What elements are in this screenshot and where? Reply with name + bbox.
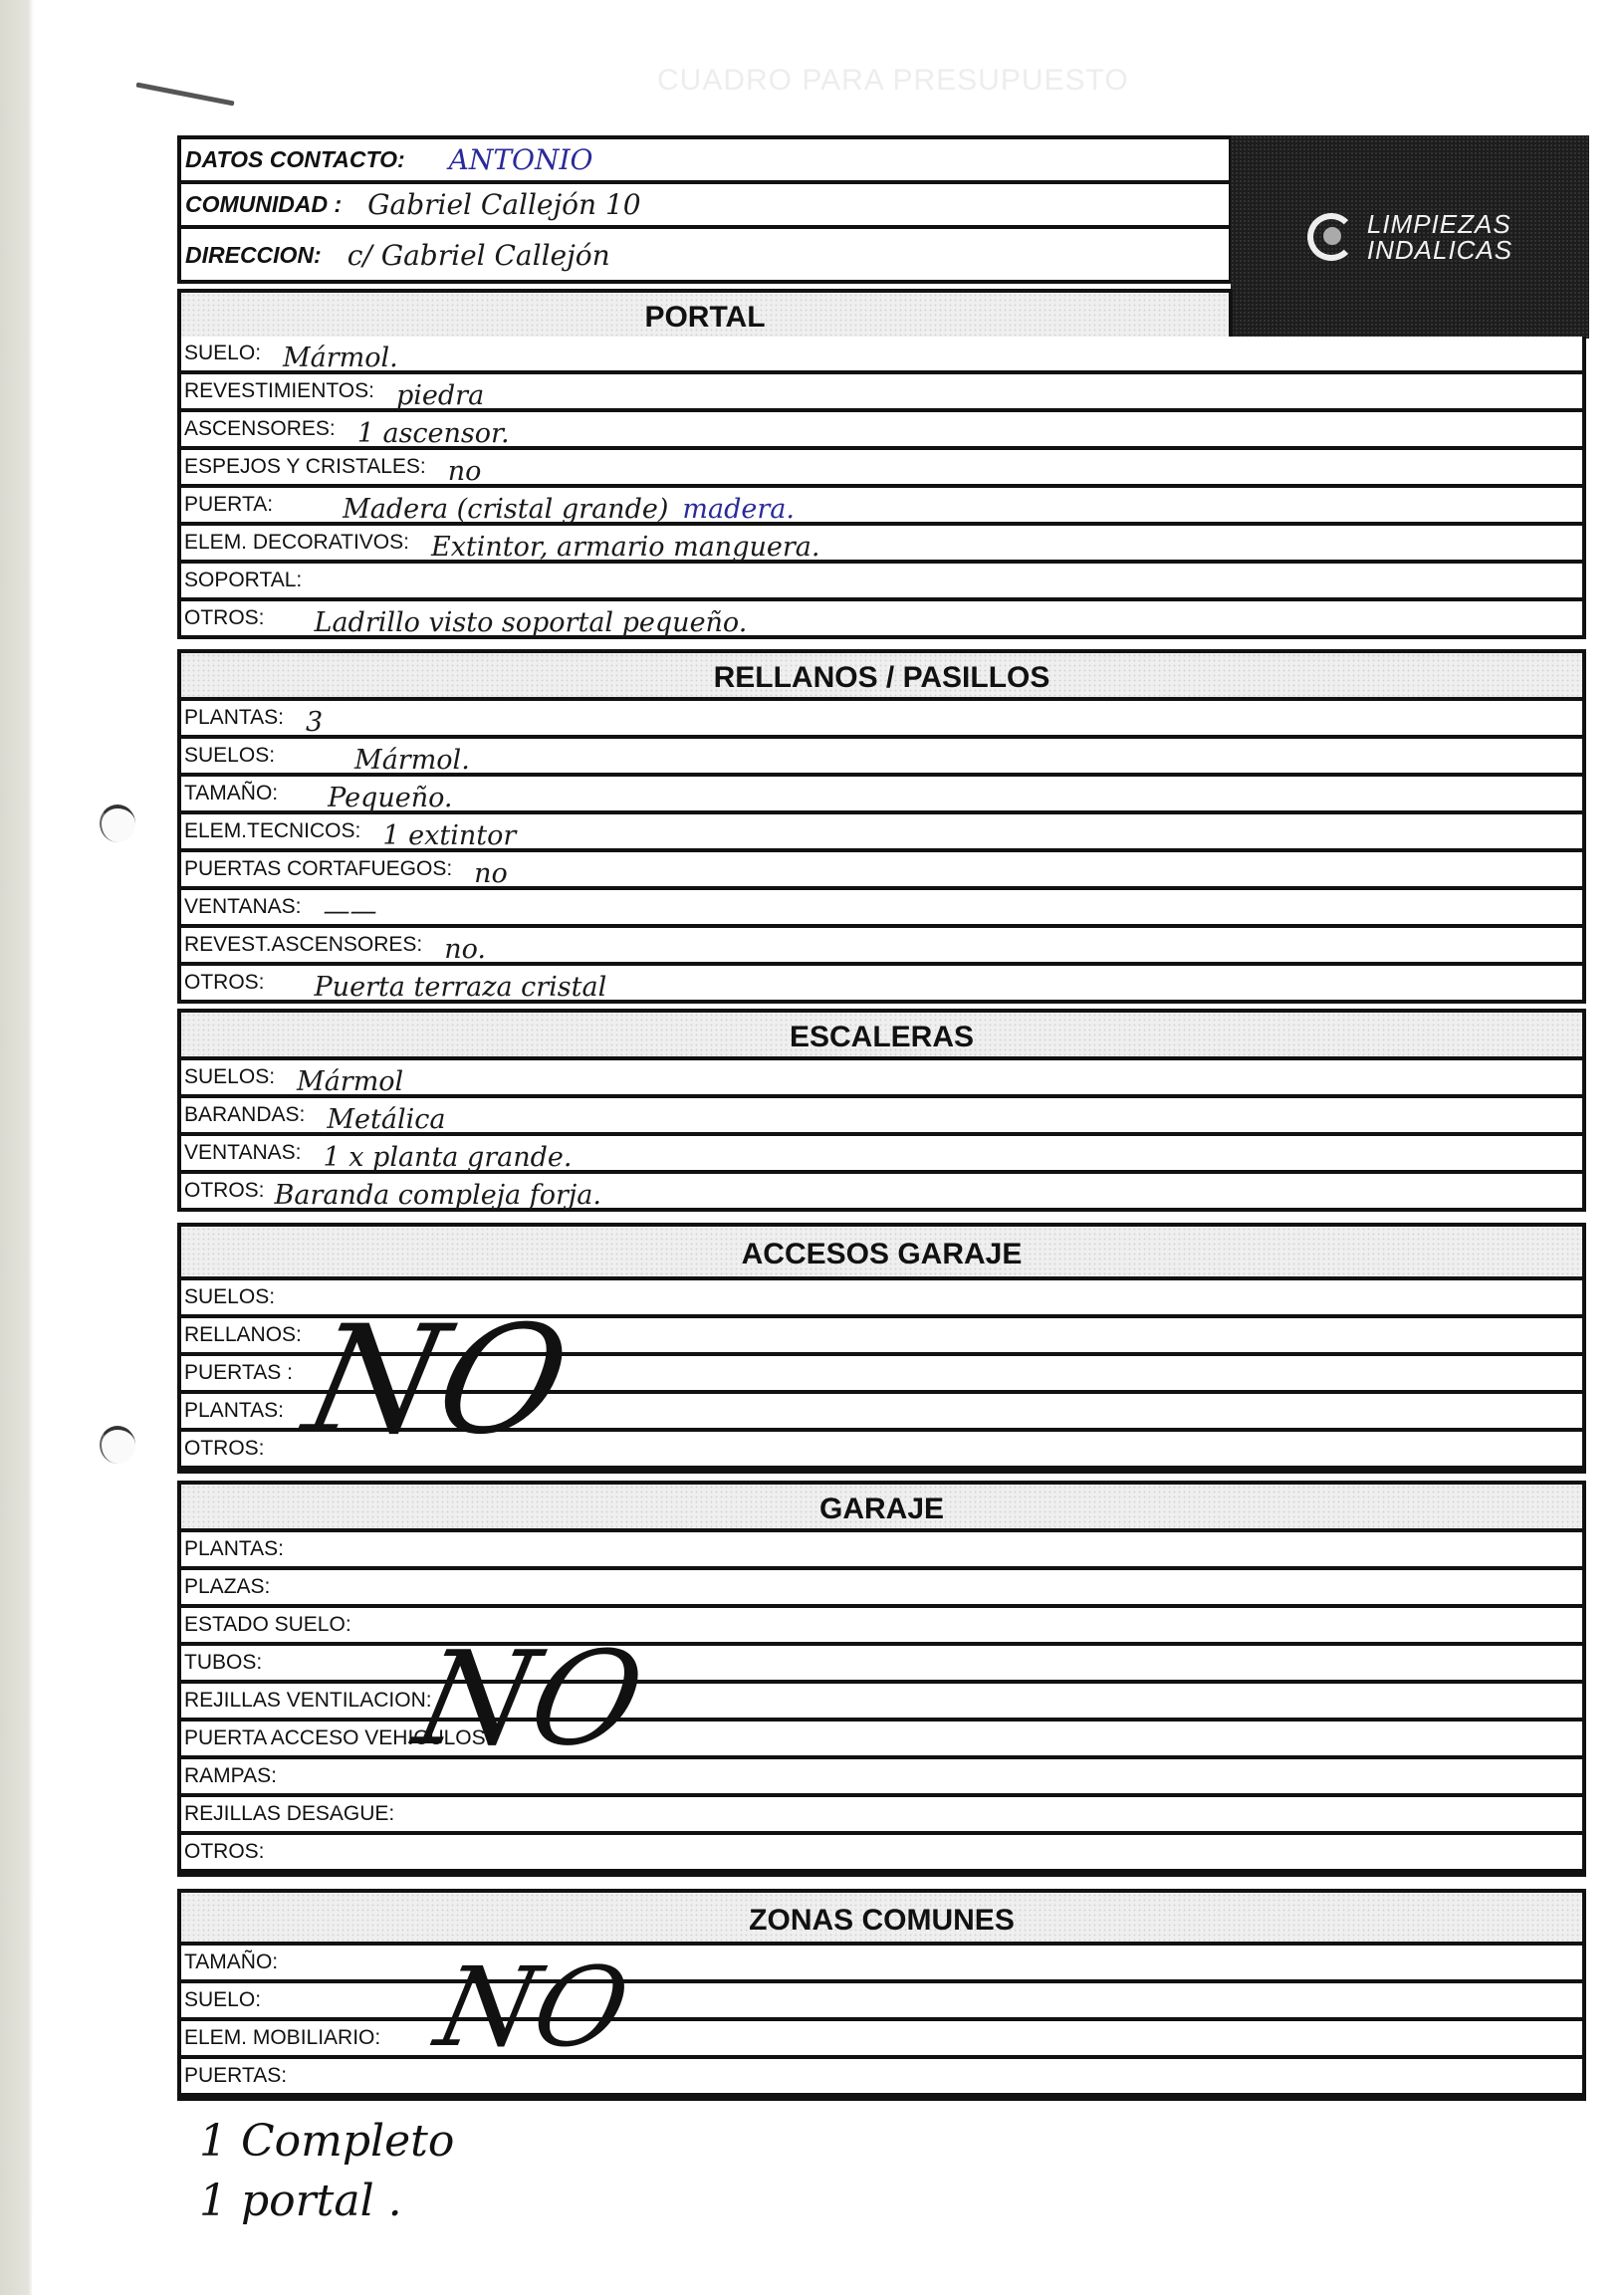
section-title-portal: PORTAL (181, 293, 1229, 341)
row-value[interactable]: Puerta terraza cristal (315, 972, 607, 1003)
row-value[interactable]: no. (444, 934, 486, 965)
row-label: PLANTAS: (184, 1537, 284, 1561)
section-garaje: GARAJE PLANTAS: PLAZAS: ESTADO SUELO: TU… (177, 1481, 1586, 1877)
row-label: TAMAÑO: (184, 1951, 278, 1974)
header-row-community: COMUNIDAD : Gabriel Callejón 10 (181, 184, 1229, 229)
section-portal-rows: SUELO:Mármol. REVESTIMIENTOS:piedra ASCE… (177, 337, 1586, 639)
row-label: OTROS: (184, 606, 265, 630)
row-label: RAMPAS: (184, 1764, 277, 1788)
section-title-zonas-comunes: ZONAS COMUNES (181, 1893, 1582, 1946)
row-label: PLANTAS: (184, 706, 284, 730)
logo-line-1: LIMPIEZAS (1367, 211, 1512, 237)
row-otros: OTROS: (181, 1835, 1582, 1873)
row-tamano: TAMAÑO:Pequeño. (181, 777, 1582, 814)
row-label: SOPORTAL: (184, 569, 302, 592)
show-through-title: CUADRO PARA PRESUPUESTO (657, 64, 1129, 98)
row-suelo: SUELO: (181, 1983, 1582, 2021)
row-label: SUELO: (184, 342, 261, 365)
row-value[interactable]: Mármol. (354, 745, 470, 776)
row-value[interactable]: 1 x planta grande. (323, 1142, 572, 1173)
community-label: COMUNIDAD : (185, 191, 342, 218)
handwritten-no-mark: NO (295, 1306, 580, 1456)
contact-label: DATOS CONTACTO: (185, 146, 405, 173)
section-zonas-comunes: ZONAS COMUNES TAMAÑO: SUELO: ELEM. MOBIL… (177, 1889, 1586, 2101)
row-label: PUERTAS: (184, 2064, 287, 2088)
row-value[interactable]: —— (323, 896, 376, 927)
row-revestimientos: REVESTIMIENTOS:piedra (181, 374, 1582, 412)
handwritten-no-mark: NO (406, 1634, 653, 1763)
row-label: OTROS: (184, 971, 265, 995)
row-label: PUERTAS : (184, 1361, 293, 1385)
section-title-escaleras: ESCALERAS (181, 1013, 1582, 1060)
row-estado-suelo: ESTADO SUELO: (181, 1608, 1582, 1646)
row-rampas: RAMPAS: (181, 1759, 1582, 1797)
row-label: PLANTAS: (184, 1399, 284, 1423)
header-row-address: DIRECCION: c/ Gabriel Callejón (181, 229, 1229, 281)
company-logo: LIMPIEZAS INDALICAS (1231, 135, 1589, 339)
row-puertas: PUERTAS: (181, 2059, 1582, 2097)
row-label: SUELOS: (184, 744, 275, 768)
row-value[interactable]: 1 ascensor. (357, 418, 510, 449)
row-value[interactable]: Mármol (297, 1066, 403, 1097)
row-value[interactable]: 1 extintor (382, 820, 516, 851)
row-value[interactable]: Mármol. (283, 343, 398, 373)
row-barandas: BARANDAS:Metálica (181, 1098, 1582, 1136)
row-otros: OTROS:Ladrillo visto soportal pequeño. (181, 601, 1582, 635)
row-label: REJILLAS DESAGUE: (184, 1802, 394, 1826)
address-value[interactable]: c/ Gabriel Callejón (348, 239, 610, 272)
row-label: SUELOS: (184, 1065, 275, 1089)
row-soportal: SOPORTAL: (181, 564, 1582, 601)
row-ascensores: ASCENSORES:1 ascensor. (181, 412, 1582, 450)
row-label: ELEM. MOBILIARIO: (184, 2026, 380, 2050)
row-label: REVEST.ASCENSORES: (184, 933, 422, 957)
footer-note-1: 1 Completo (199, 2116, 454, 2167)
row-label: ELEM. DECORATIVOS: (184, 531, 409, 555)
footer-note-2: 1 portal . (199, 2176, 402, 2226)
row-label: PUERTAS CORTAFUEGOS: (184, 857, 452, 881)
logo-line-2: INDALICAS (1367, 237, 1512, 263)
row-value[interactable]: Metálica (327, 1104, 445, 1135)
row-label: PLAZAS: (184, 1575, 270, 1599)
row-mobiliario: ELEM. MOBILIARIO: (181, 2021, 1582, 2059)
section-accesos-garaje: ACCESOS GARAJE SUELOS: RELLANOS: PUERTAS… (177, 1223, 1586, 1474)
row-suelos: SUELOS:Mármol (181, 1060, 1582, 1098)
row-revest-ascensores: REVEST.ASCENSORES:no. (181, 928, 1582, 966)
row-puerta: PUERTA:Madera (cristal grande)madera. (181, 488, 1582, 526)
row-value[interactable]: Extintor, armario manguera. (431, 532, 819, 563)
row-label: VENTANAS: (184, 1141, 301, 1165)
section-escaleras: ESCALERAS SUELOS:Mármol BARANDAS:Metálic… (177, 1009, 1586, 1212)
hole-punch-top (100, 804, 135, 842)
address-label: DIRECCION: (185, 242, 322, 269)
row-rejillas-ventilacion: REJILLAS VENTILACION: (181, 1684, 1582, 1721)
row-value[interactable]: Baranda compleja forja. (275, 1180, 601, 1211)
row-label: OTROS: (184, 1179, 265, 1203)
row-elem-tecnicos: ELEM.TECNICOS:1 extintor (181, 814, 1582, 852)
row-value[interactable]: Madera (cristal grande) (343, 494, 668, 525)
row-value-blue[interactable]: madera. (682, 494, 795, 525)
handwritten-no-mark: NO (428, 1952, 637, 2062)
section-title-accesos-garaje: ACCESOS GARAJE (181, 1227, 1582, 1280)
row-label: BARANDAS: (184, 1103, 305, 1127)
row-value[interactable]: 3 (306, 707, 323, 738)
row-plantas: PLANTAS:3 (181, 701, 1582, 739)
section-rellanos: RELLANOS / PASILLOS PLANTAS:3 SUELOS:Már… (177, 649, 1586, 1004)
row-label: ESTADO SUELO: (184, 1613, 351, 1637)
row-label: ASCENSORES: (184, 417, 336, 441)
contact-value[interactable]: ANTONIO (449, 143, 593, 176)
row-suelos: SUELOS:Mármol. (181, 739, 1582, 777)
row-label: REJILLAS VENTILACION: (184, 1689, 432, 1713)
row-value[interactable]: no (448, 456, 482, 487)
row-puerta-vehiculos: PUERTA ACCESO VEHICULOS: (181, 1721, 1582, 1759)
row-label: SUELO: (184, 1988, 261, 2012)
row-ventanas: VENTANAS:—— (181, 890, 1582, 928)
row-label: TAMAÑO: (184, 782, 278, 805)
row-label: VENTANAS: (184, 895, 301, 919)
row-suelo: SUELO:Mármol. (181, 337, 1582, 374)
row-tamano: TAMAÑO: (181, 1946, 1582, 1983)
contact-header: DATOS CONTACTO: ANTONIO COMUNIDAD : Gabr… (177, 135, 1233, 284)
row-value[interactable]: piedra (396, 380, 484, 411)
row-plazas: PLAZAS: (181, 1570, 1582, 1608)
row-otros: OTROS:Baranda compleja forja. (181, 1174, 1582, 1208)
row-decorativos: ELEM. DECORATIVOS:Extintor, armario mang… (181, 526, 1582, 564)
row-otros: OTROS:Puerta terraza cristal (181, 966, 1582, 1000)
staple-mark (135, 83, 234, 107)
row-rejillas-desague: REJILLAS DESAGUE: (181, 1797, 1582, 1835)
hole-punch-bottom (100, 1426, 135, 1464)
globe-icon (1307, 213, 1355, 261)
row-cortafuegos: PUERTAS CORTAFUEGOS:no (181, 852, 1582, 890)
header-row-contact: DATOS CONTACTO: ANTONIO (181, 139, 1229, 184)
community-value[interactable]: Gabriel Callejón 10 (367, 188, 640, 221)
row-label: OTROS: (184, 1437, 265, 1461)
row-label: OTROS: (184, 1840, 265, 1864)
section-title-rellanos: RELLANOS / PASILLOS (181, 653, 1582, 701)
section-title-garaje: GARAJE (181, 1485, 1582, 1532)
row-value[interactable]: Pequeño. (328, 783, 452, 813)
row-label: TUBOS: (184, 1651, 262, 1675)
row-label: REVESTIMIENTOS: (184, 379, 374, 403)
row-tubos: TUBOS: (181, 1646, 1582, 1684)
row-label: ELEM.TECNICOS: (184, 819, 360, 843)
row-ventanas: VENTANAS:1 x planta grande. (181, 1136, 1582, 1174)
row-plantas: PLANTAS: (181, 1532, 1582, 1570)
row-value[interactable]: no (474, 858, 508, 889)
row-label: ESPEJOS Y CRISTALES: (184, 455, 426, 479)
row-label: SUELOS: (184, 1285, 275, 1309)
row-espejos: ESPEJOS Y CRISTALES:no (181, 450, 1582, 488)
row-value[interactable]: Ladrillo visto soportal pequeño. (315, 607, 748, 638)
row-label: RELLANOS: (184, 1323, 302, 1347)
row-label: PUERTA: (184, 493, 273, 517)
logo-text: LIMPIEZAS INDALICAS (1367, 211, 1512, 263)
